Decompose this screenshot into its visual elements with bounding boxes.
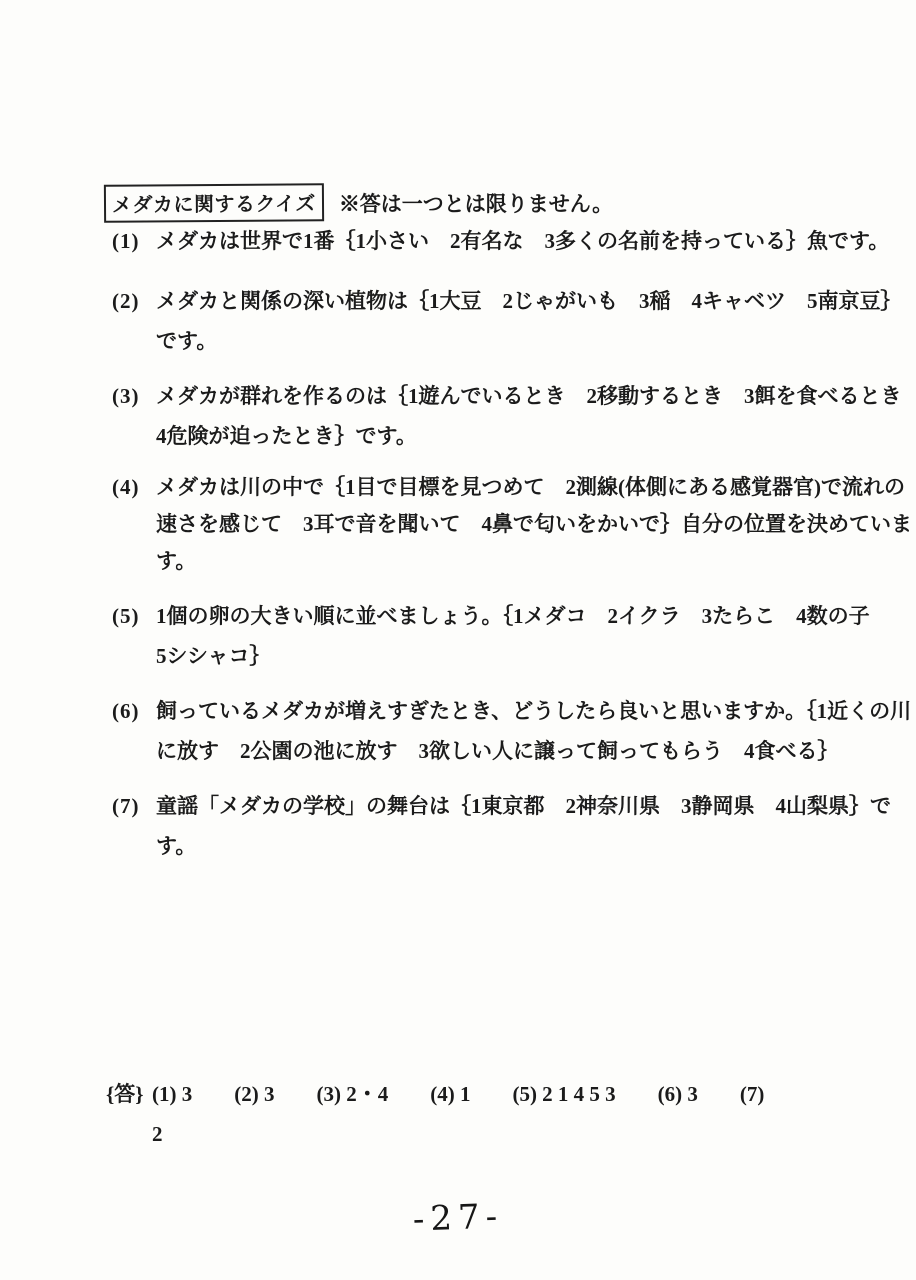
question-3-number: (3) [112, 376, 156, 456]
question-4-line-1: メダカは川の中で｛1目で目標を見つめて 2測線(体側にある感覚器官)で流れの [156, 469, 912, 506]
question-4-line-3: す。 [156, 543, 912, 580]
answer-line-1: (1) 3 (2) 3 (3) 2・4 (4) 1 (5) 2 1 4 5 3 … [152, 1074, 888, 1114]
question-2-line-2: です。 [156, 321, 902, 361]
question-2: (2) メダカと関係の深い植物は｛1大豆 2じゃがいも 3稲 4キャベツ 5南京… [112, 281, 888, 361]
question-5-line-2: 5シシャコ｝ [156, 636, 888, 676]
answer-section: {答} (1) 3 (2) 3 (3) 2・4 (4) 1 (5) 2 1 4 … [106, 1074, 888, 1154]
question-6-number: (6) [112, 691, 156, 771]
question-7-line-2: す。 [156, 826, 891, 866]
question-6-line-1: 飼っているメダカが増えすぎたとき、どうしたら良いと思いますか。｛1近くの川 [156, 691, 911, 731]
question-7-number: (7) [112, 786, 156, 866]
question-3-line-2: 4危険が迫ったとき｝です。 [156, 416, 902, 456]
question-2-line-1: メダカと関係の深い植物は｛1大豆 2じゃがいも 3稲 4キャベツ 5南京豆｝ [156, 281, 902, 321]
question-4: (4) メダカは川の中で｛1目で目標を見つめて 2測線(体側にある感覚器官)で流… [112, 469, 888, 580]
question-7-line-1: 童謡「メダカの学校」の舞台は｛1東京都 2神奈川県 3静岡県 4山梨県｝で [156, 786, 891, 826]
answer-label: {答} [106, 1074, 152, 1154]
question-3-line-1: メダカが群れを作るのは｛1遊んでいるとき 2移動するとき 3餌を食べるとき [156, 376, 902, 416]
question-4-number: (4) [112, 469, 156, 580]
quiz-header: メダカに関するクイズ ※答は一つとは限りません。 [104, 184, 613, 222]
question-1-number: (1) [112, 221, 156, 261]
question-5-number: (5) [112, 596, 156, 676]
question-2-number: (2) [112, 281, 156, 361]
quiz-title-note: ※答は一つとは限りません。 [339, 188, 613, 218]
question-5-line-1: 1個の卵の大きい順に並べましょう。｛1メダコ 2イクラ 3たらこ 4数の子 [156, 596, 888, 636]
question-7: (7) 童謡「メダカの学校」の舞台は｛1東京都 2神奈川県 3静岡県 4山梨県｝… [112, 786, 888, 866]
question-6: (6) 飼っているメダカが増えすぎたとき、どうしたら良いと思いますか。｛1近くの… [112, 691, 888, 771]
question-1-line-1: メダカは世界で1番｛1小さい 2有名な 3多くの名前を持っている｝魚です。 [156, 221, 889, 261]
question-4-line-2: 速さを感じて 3耳で音を聞いて 4鼻で匂いをかいで｝自分の位置を決めていま [156, 506, 912, 543]
question-5: (5) 1個の卵の大きい順に並べましょう。｛1メダコ 2イクラ 3たらこ 4数の… [112, 596, 888, 676]
question-1: (1) メダカは世界で1番｛1小さい 2有名な 3多くの名前を持っている｝魚です… [112, 221, 888, 261]
question-3: (3) メダカが群れを作るのは｛1遊んでいるとき 2移動するとき 3餌を食べると… [112, 376, 888, 456]
question-6-line-2: に放す 2公園の池に放す 3欲しい人に譲って飼ってもらう 4食べる｝ [156, 731, 911, 771]
quiz-title: メダカに関するクイズ [104, 183, 324, 223]
answer-line-2: 2 [152, 1114, 888, 1154]
page-number: -27- [412, 1196, 504, 1239]
document-page: メダカに関するクイズ ※答は一つとは限りません。 (1) メダカは世界で1番｛1… [0, 0, 916, 1280]
